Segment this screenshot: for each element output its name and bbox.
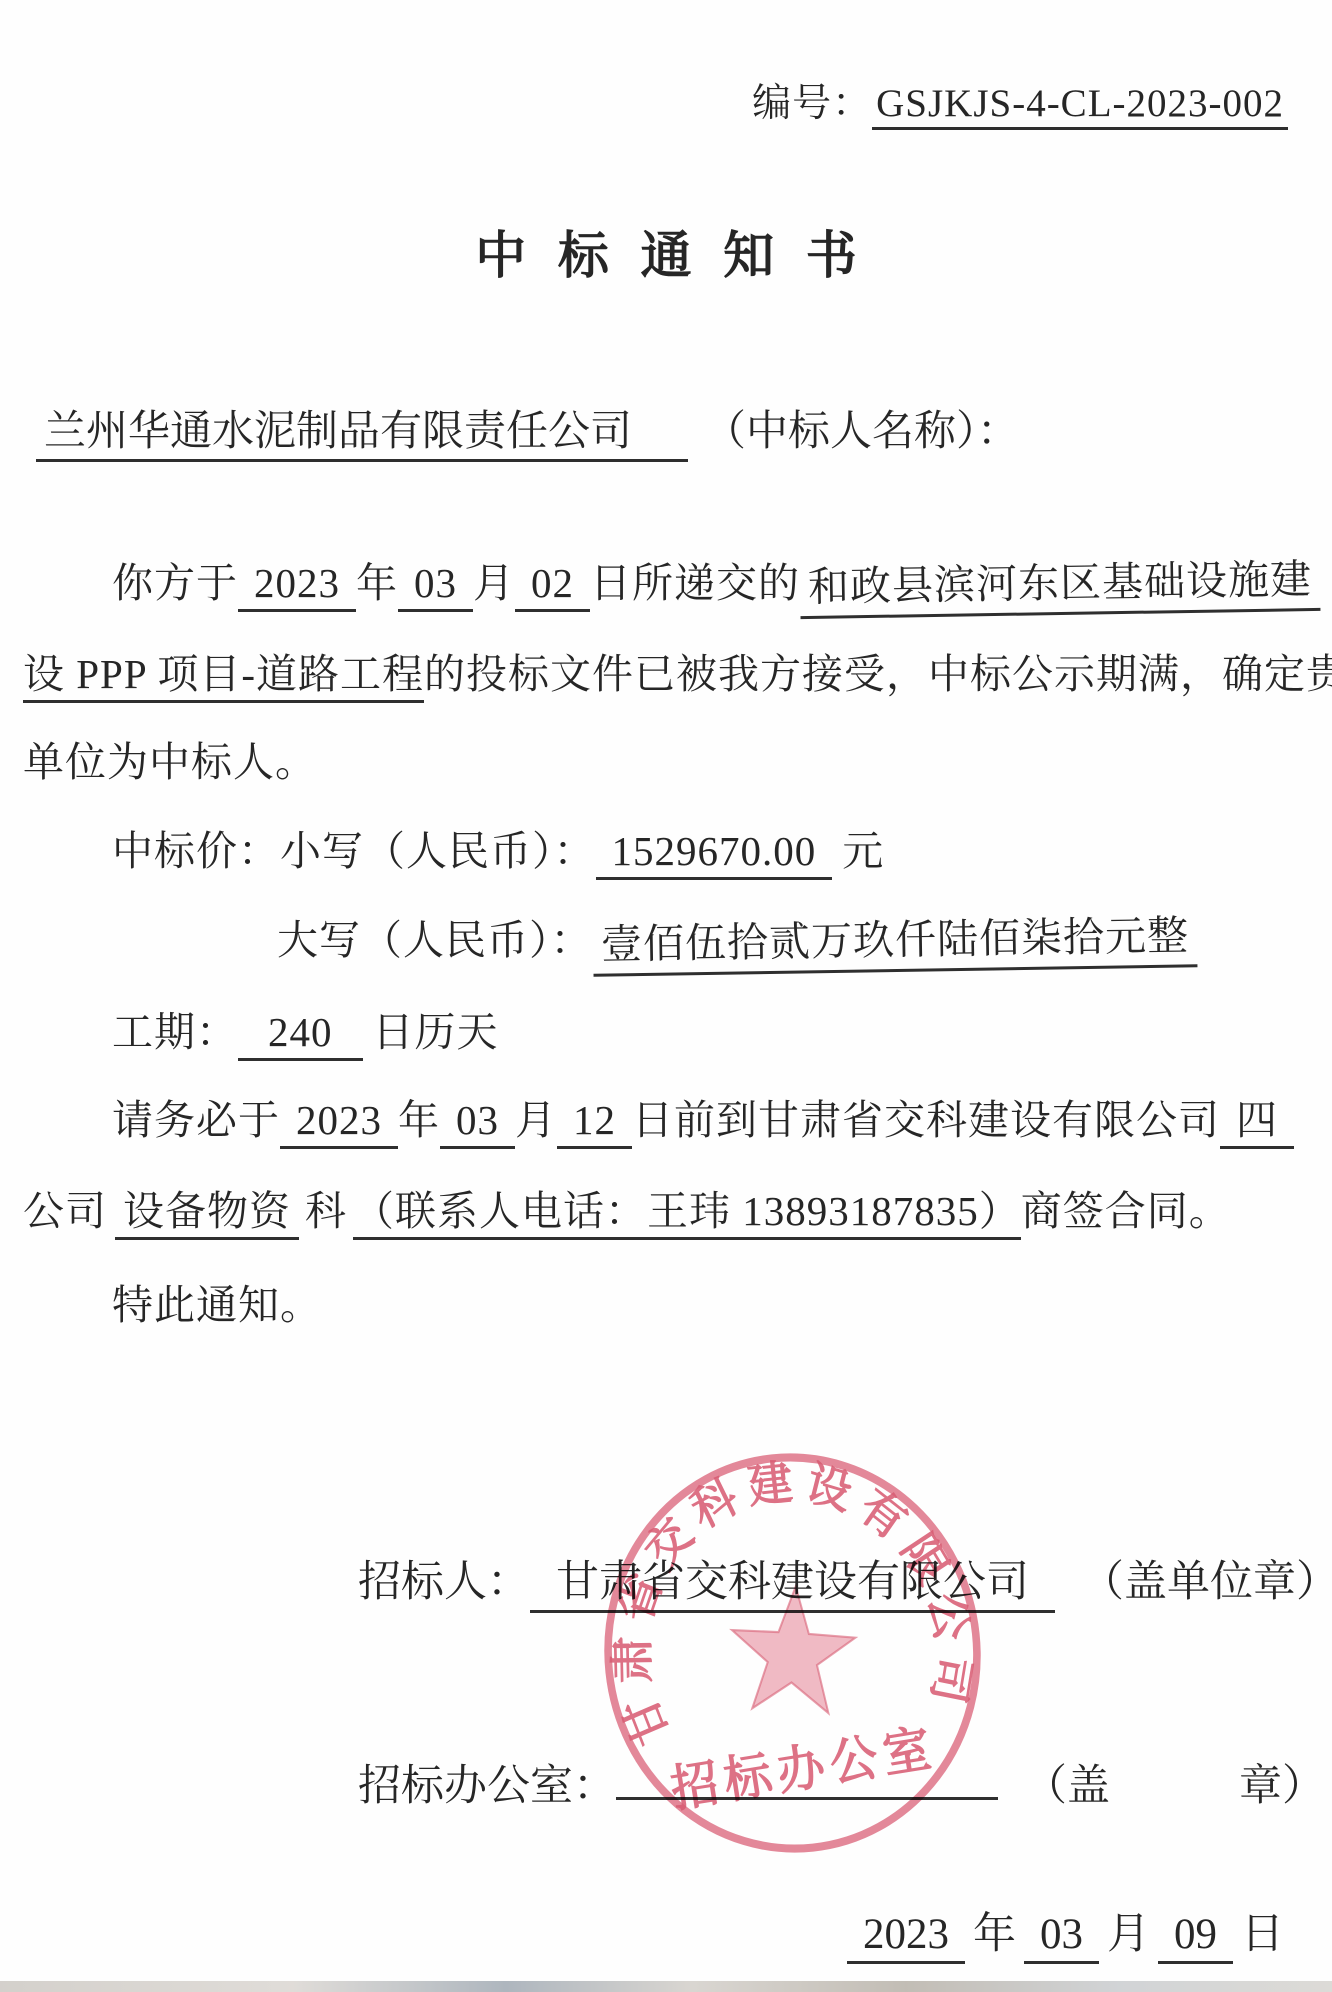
construction-period-line: 工期：240日历天 [112,999,499,1058]
year-unit: 年 [356,560,398,606]
reference-number-value: GSJKJS-4-CL-2023-002 [872,82,1288,130]
body-line-winner: 单位为中标人。 [23,729,317,788]
deadline-year: 2023 [280,1097,398,1149]
day-unit: 日 [1241,1911,1284,1958]
department-unit: 科 [305,1188,347,1234]
price-figures-label: 中标价：小写（人民币）： [112,828,596,874]
recipient-label: （中标人名称）： [704,409,1019,455]
issue-day: 09 [1158,1911,1233,1964]
svg-text:甘肃省交科建设有限公司: 甘肃省交科建设有限公司 [587,1439,986,1755]
reference-number-line: 编号：GSJKJS-4-CL-2023-002 [752,72,1288,128]
seal-star-icon [729,1583,858,1715]
body-text: 商签合同。 [1021,1188,1231,1234]
issue-date-line: 2023年03月09日 [847,1900,1292,1961]
seal-office-text: 招标办公室 [667,1719,941,1818]
award-price-figures: 1529670.00 [596,828,833,880]
body-text: 日前到甘肃省交科建设有限公司 [632,1097,1220,1143]
award-price-words: 壹佰伍拾贰万玖仟陆佰柒拾元整 [592,902,1197,976]
bidder-label: 招标人： [358,1559,530,1606]
month-unit: 月 [473,560,515,606]
issue-month: 03 [1024,1911,1099,1964]
year-unit: 年 [398,1097,440,1143]
price-words-label: 大写（人民币）： [277,917,593,963]
month-unit: 月 [515,1097,557,1143]
notice-closing-line: 特此通知。 [112,1272,322,1331]
office-seal-note: （盖 章） [1024,1763,1325,1810]
contract-deadline-line: 请务必于2023年03月12日前到甘肃省交科建设有限公司四 [112,1087,1294,1146]
award-notice-document: 编号：GSJKJS-4-CL-2023-002 中标通知书 兰州华通水泥制品有限… [0,0,1332,1992]
contact-person-phone: （联系人电话：王玮 13893187835） [353,1188,1021,1240]
issue-year: 2023 [847,1911,965,1964]
branch-company-number: 四 [1220,1097,1294,1149]
body-text: 请务必于 [112,1097,280,1143]
body-line-acceptance: 设 PPP 项目-道路工程的投标文件已被我方接受，中标公示期满，确定贵 [23,641,1332,700]
recipient-company: 兰州华通水泥制品有限责任公司 [36,409,688,462]
bidder-seal-note: （盖单位章） [1081,1559,1332,1606]
office-label: 招标办公室： [358,1763,616,1810]
submission-day: 02 [515,560,590,612]
calendar-days-unit: 日历天 [373,1009,499,1055]
project-name-part1: 和政县滨河东区基础设施建 [800,546,1321,619]
scan-artifact-strip [0,1981,1332,1992]
body-text: 日所递交的 [590,560,800,606]
body-line-submission: 你方于2023年03月02日所递交的和政县滨河东区基础设施建 [112,550,1320,615]
body-text: 的投标文件已被我方接受，中标公示期满，确定贵 [424,651,1332,697]
yuan-unit: 元 [842,828,884,874]
submission-year: 2023 [238,560,356,612]
period-label: 工期： [112,1009,238,1055]
submission-month: 03 [398,560,473,612]
company-seal-stamp: 甘肃省交科建设有限公司 招标办公室 [569,1418,1017,1888]
construction-period-value: 240 [238,1009,363,1061]
page-title: 中标通知书 [0,214,1332,288]
recipient-line: 兰州华通水泥制品有限责任公司（中标人名称）： [36,398,1019,458]
contact-line: 公司设备物资科（联系人电话：王玮 13893187835）商签合同。 [23,1178,1231,1237]
project-name-part2: 设 PPP 项目-道路工程 [23,651,424,703]
award-price-figures-line: 中标价：小写（人民币）：1529670.00元 [112,818,884,877]
year-unit: 年 [973,1911,1016,1958]
seal-company-text: 甘肃省交科建设有限公司 [587,1439,986,1755]
month-unit: 月 [1107,1911,1150,1958]
deadline-month: 03 [440,1097,515,1149]
deadline-day: 12 [557,1097,632,1149]
body-text: 公司 [23,1188,107,1234]
department-name: 设备物资 [115,1188,299,1240]
body-text: 你方于 [112,560,238,606]
reference-number-label: 编号： [752,82,872,125]
award-price-words-line: 大写（人民币）：壹佰伍拾贰万玖仟陆佰柒拾元整 [277,907,1197,972]
